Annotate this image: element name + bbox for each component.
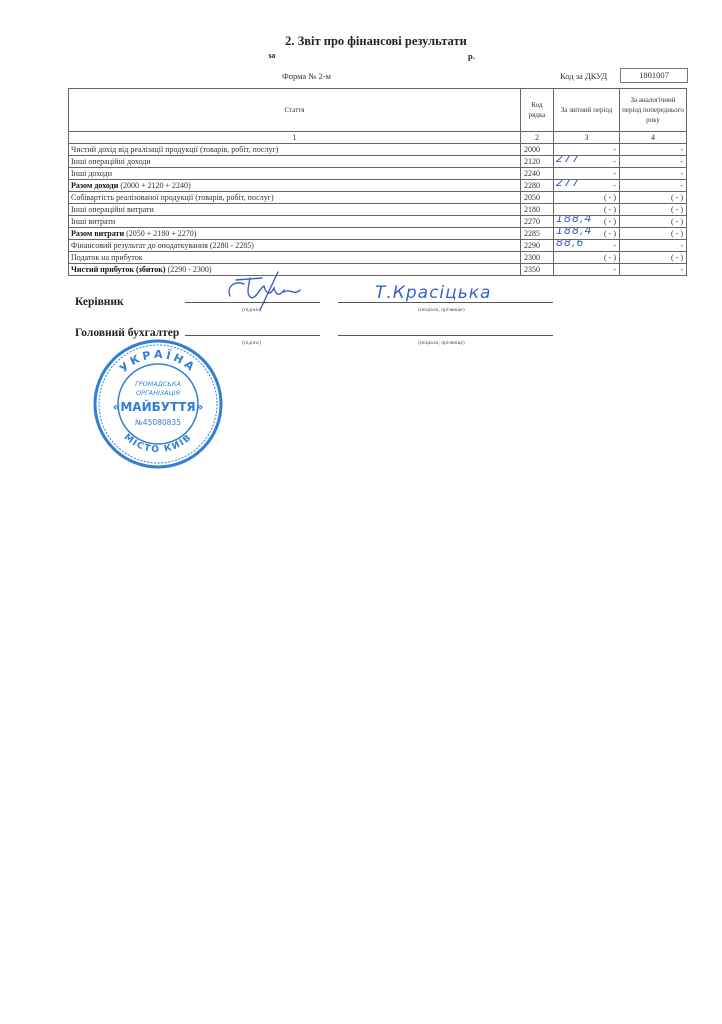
printed-value: - xyxy=(613,265,616,274)
head-label: Керівник xyxy=(75,296,124,308)
table-header-row: Стаття Код рядка За звітний період За ан… xyxy=(69,89,687,132)
stamp-number: №45080835 xyxy=(135,418,181,427)
signature-caption: (підпис) xyxy=(242,340,261,346)
accountant-name-line xyxy=(338,335,553,336)
row-current-value: ( - ) xyxy=(554,252,620,264)
row-label-text: Фінансовий результат до оподаткування (2… xyxy=(71,241,254,250)
handwritten-value: 88,6 xyxy=(556,240,585,249)
row-code: 2120 xyxy=(521,156,554,168)
row-code: 2270 xyxy=(521,216,554,228)
row-previous-value: - xyxy=(620,168,687,180)
financial-results-table: Стаття Код рядка За звітний період За ан… xyxy=(68,88,687,276)
printed-value: ( - ) xyxy=(604,229,616,238)
name-caption: (ініціали, прізвище) xyxy=(418,307,465,313)
row-previous-value: ( - ) xyxy=(620,192,687,204)
dkud-code: 1801007 xyxy=(620,68,688,83)
header-previous-period: За аналогічний період попереднього року xyxy=(620,89,687,132)
row-label: Фінансовий результат до оподаткування (2… xyxy=(69,240,521,252)
printed-value: - xyxy=(613,157,616,166)
row-label: Податок на прибуток xyxy=(69,252,521,264)
column-number: 2 xyxy=(521,132,554,144)
printed-value: - xyxy=(613,145,616,154)
period-suffix: р. xyxy=(468,51,475,61)
printed-value: - xyxy=(613,241,616,250)
handwritten-value: 277 xyxy=(556,180,580,189)
name-caption: (ініціали, прізвище) xyxy=(418,340,465,346)
report-title: 2. Звіт про фінансові результати xyxy=(0,34,722,49)
row-label: Разом витрати (2050 + 2180 + 2270) xyxy=(69,228,521,240)
form-label: Форма № 2-м xyxy=(282,71,331,81)
row-label-text: Собівартість реалізованої продукції (тов… xyxy=(71,193,274,202)
organization-stamp-icon: УКРАЇНА МІСТО КИЇВ ГРОМАДСЬКА ОРГАНІЗАЦІ… xyxy=(92,338,224,470)
printed-value: ( - ) xyxy=(604,253,616,262)
row-code: 2000 xyxy=(521,144,554,156)
handwritten-value: 188,4 xyxy=(556,228,593,237)
row-label-text: Чистий дохід від реалізації продукції (т… xyxy=(71,145,278,154)
printed-value: - xyxy=(613,181,616,190)
row-current-value: 188,4( - ) xyxy=(554,216,620,228)
signature-scribble-icon xyxy=(222,266,312,311)
row-current-value: - xyxy=(554,264,620,276)
row-label: Інші витрати xyxy=(69,216,521,228)
header-code: Код рядка xyxy=(521,89,554,132)
head-name-handwritten: Т.Красіцька xyxy=(375,283,491,303)
row-current-value: ( - ) xyxy=(554,204,620,216)
column-number: 3 xyxy=(554,132,620,144)
printed-value: ( - ) xyxy=(604,205,616,214)
row-previous-value: ( - ) xyxy=(620,216,687,228)
row-label-text: Податок на прибуток xyxy=(71,253,143,262)
table-row: Податок на прибуток2300( - )( - ) xyxy=(69,252,687,264)
row-current-value: - xyxy=(554,144,620,156)
printed-value: ( - ) xyxy=(604,217,616,226)
table-row: Інші операційні витрати2180( - )( - ) xyxy=(69,204,687,216)
table-row: Разом витрати (2050 + 2180 + 2270)228518… xyxy=(69,228,687,240)
row-current-value: - xyxy=(554,168,620,180)
row-previous-value: - xyxy=(620,144,687,156)
row-code: 2280 xyxy=(521,180,554,192)
table-row: Собівартість реалізованої продукції (тов… xyxy=(69,192,687,204)
row-code: 2050 xyxy=(521,192,554,204)
row-current-value: 88,6- xyxy=(554,240,620,252)
dkud-label: Код за ДКУД xyxy=(560,71,607,81)
accountant-signature-line xyxy=(185,335,320,336)
row-label-text: Інші операційні витрати xyxy=(71,205,154,214)
row-previous-value: - xyxy=(620,264,687,276)
row-previous-value: - xyxy=(620,156,687,168)
row-label-bold: Чистий прибуток (збиток) xyxy=(71,265,166,274)
printed-value: ( - ) xyxy=(604,193,616,202)
row-previous-value: - xyxy=(620,240,687,252)
table-row: Разом доходи (2000 + 2120 + 2240)2280277… xyxy=(69,180,687,192)
row-current-value: 277- xyxy=(554,180,620,192)
row-label-bold: Разом витрати xyxy=(71,229,124,238)
row-code: 2300 xyxy=(521,252,554,264)
row-label-text: (2000 + 2120 + 2240) xyxy=(118,181,190,190)
row-previous-value: - xyxy=(620,180,687,192)
row-current-value: 277- xyxy=(554,156,620,168)
table-row: Чистий прибуток (збиток) (2290 - 2300)23… xyxy=(69,264,687,276)
row-label-bold: Разом доходи xyxy=(71,181,118,190)
stamp-org-name: «МАЙБУТТЯ» xyxy=(113,399,204,414)
row-label: Собівартість реалізованої продукції (тов… xyxy=(69,192,521,204)
row-current-value: 188,4( - ) xyxy=(554,228,620,240)
table-row: Фінансовий результат до оподаткування (2… xyxy=(69,240,687,252)
row-label: Інші операційні витрати xyxy=(69,204,521,216)
row-label-text: (2290 - 2300) xyxy=(166,265,212,274)
row-previous-value: ( - ) xyxy=(620,228,687,240)
stamp-line1: ГРОМАДСЬКА xyxy=(135,380,181,388)
svg-text:УКРАЇНА: УКРАЇНА xyxy=(117,348,199,375)
table-row: Інші операційні доходи2120277-- xyxy=(69,156,687,168)
row-label: Чистий дохід від реалізації продукції (т… xyxy=(69,144,521,156)
row-code: 2180 xyxy=(521,204,554,216)
row-previous-value: ( - ) xyxy=(620,252,687,264)
row-code: 2240 xyxy=(521,168,554,180)
table-row: Інші витрати2270188,4( - )( - ) xyxy=(69,216,687,228)
header-current-period: За звітний період xyxy=(554,89,620,132)
row-label-text: Інші операційні доходи xyxy=(71,157,151,166)
row-code: 2285 xyxy=(521,228,554,240)
stamp-line2: ОРГАНІЗАЦІЯ xyxy=(136,389,180,397)
period-prefix: за xyxy=(268,51,275,60)
column-number-row: 1 2 3 4 xyxy=(69,132,687,144)
column-number: 4 xyxy=(620,132,687,144)
row-code: 2350 xyxy=(521,264,554,276)
column-number: 1 xyxy=(69,132,521,144)
row-label-text: Інші доходи xyxy=(71,169,112,178)
stamp-top-text: УКРАЇНА xyxy=(117,348,199,375)
handwritten-value: 188,4 xyxy=(556,216,593,225)
table-row: Чистий дохід від реалізації продукції (т… xyxy=(69,144,687,156)
row-label-text: (2050 + 2180 + 2270) xyxy=(124,229,196,238)
row-label: Інші доходи xyxy=(69,168,521,180)
row-previous-value: ( - ) xyxy=(620,204,687,216)
row-label: Інші операційні доходи xyxy=(69,156,521,168)
row-current-value: ( - ) xyxy=(554,192,620,204)
row-label: Разом доходи (2000 + 2120 + 2240) xyxy=(69,180,521,192)
row-code: 2290 xyxy=(521,240,554,252)
row-label-text: Інші витрати xyxy=(71,217,115,226)
printed-value: - xyxy=(613,169,616,178)
header-article: Стаття xyxy=(69,89,521,132)
table-row: Інші доходи2240-- xyxy=(69,168,687,180)
handwritten-value: 277 xyxy=(556,156,580,165)
